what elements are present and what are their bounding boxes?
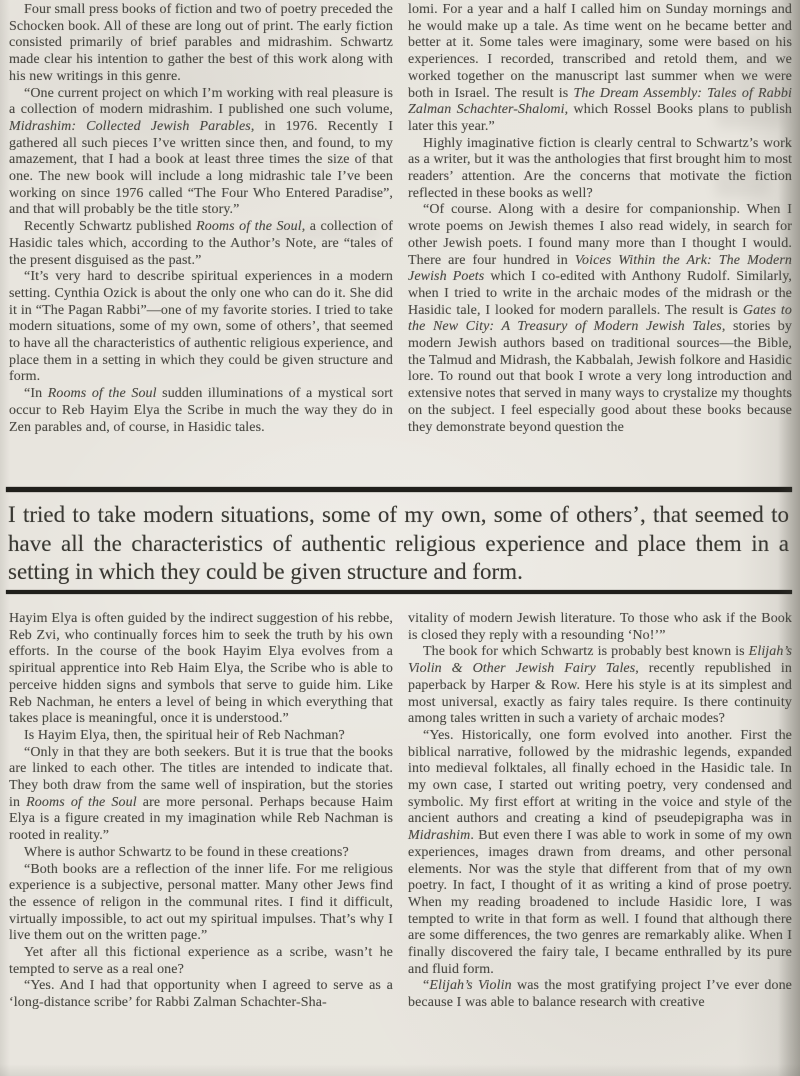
bottom-text-section: Hayim Elya is often guided by the indire… (9, 611, 792, 1067)
paragraph: “Both books are a reflection of the inne… (9, 862, 393, 946)
paragraph: lomi. For a year and a half I called him… (408, 2, 792, 136)
pull-quote: I tried to take modern situations, some … (8, 501, 789, 587)
paragraph: Is Hayim Elya, then, the spiritual heir … (9, 728, 393, 745)
paragraph: “Yes. Historically, one form evolved int… (408, 728, 792, 979)
paragraph: “Yes. And I had that opportunity when I … (9, 978, 393, 1011)
column-top-left: Four small press books of fiction and tw… (9, 2, 393, 488)
paragraph: “It’s very hard to describe spiritual ex… (9, 269, 393, 386)
divider-rule-top (6, 487, 792, 492)
column-bottom-left: Hayim Elya is often guided by the indire… (9, 611, 393, 1067)
column-top-right: lomi. For a year and a half I called him… (408, 2, 792, 488)
paragraph: “Only in that they are both seekers. But… (9, 745, 393, 845)
paragraph: “Of course. Along with a desire for comp… (408, 202, 792, 436)
paragraph: Yet after all this fictional experience … (9, 945, 393, 978)
paragraph: The book for which Schwartz is probably … (408, 644, 792, 728)
paragraph: “One current project on which I’m workin… (9, 86, 393, 220)
paragraph: Hayim Elya is often guided by the indire… (9, 611, 393, 728)
scanned-page: Four small press books of fiction and tw… (0, 0, 800, 1076)
column-bottom-right: vitality of modern Jewish literature. To… (408, 611, 792, 1067)
paragraph: Highly imaginative fiction is clearly ce… (408, 136, 792, 203)
top-text-section: Four small press books of fiction and tw… (9, 2, 792, 488)
paragraph: Recently Schwartz published Rooms of the… (9, 219, 393, 269)
paragraph: Four small press books of fiction and tw… (9, 2, 393, 86)
paragraph: Where is author Schwartz to be found in … (9, 845, 393, 862)
paragraph: “In Rooms of the Soul sudden illuminatio… (9, 386, 393, 436)
paragraph: vitality of modern Jewish literature. To… (408, 611, 792, 644)
divider-rule-bottom (6, 590, 792, 594)
paragraph: “Elijah’s Violin was the most gratifying… (408, 978, 792, 1011)
